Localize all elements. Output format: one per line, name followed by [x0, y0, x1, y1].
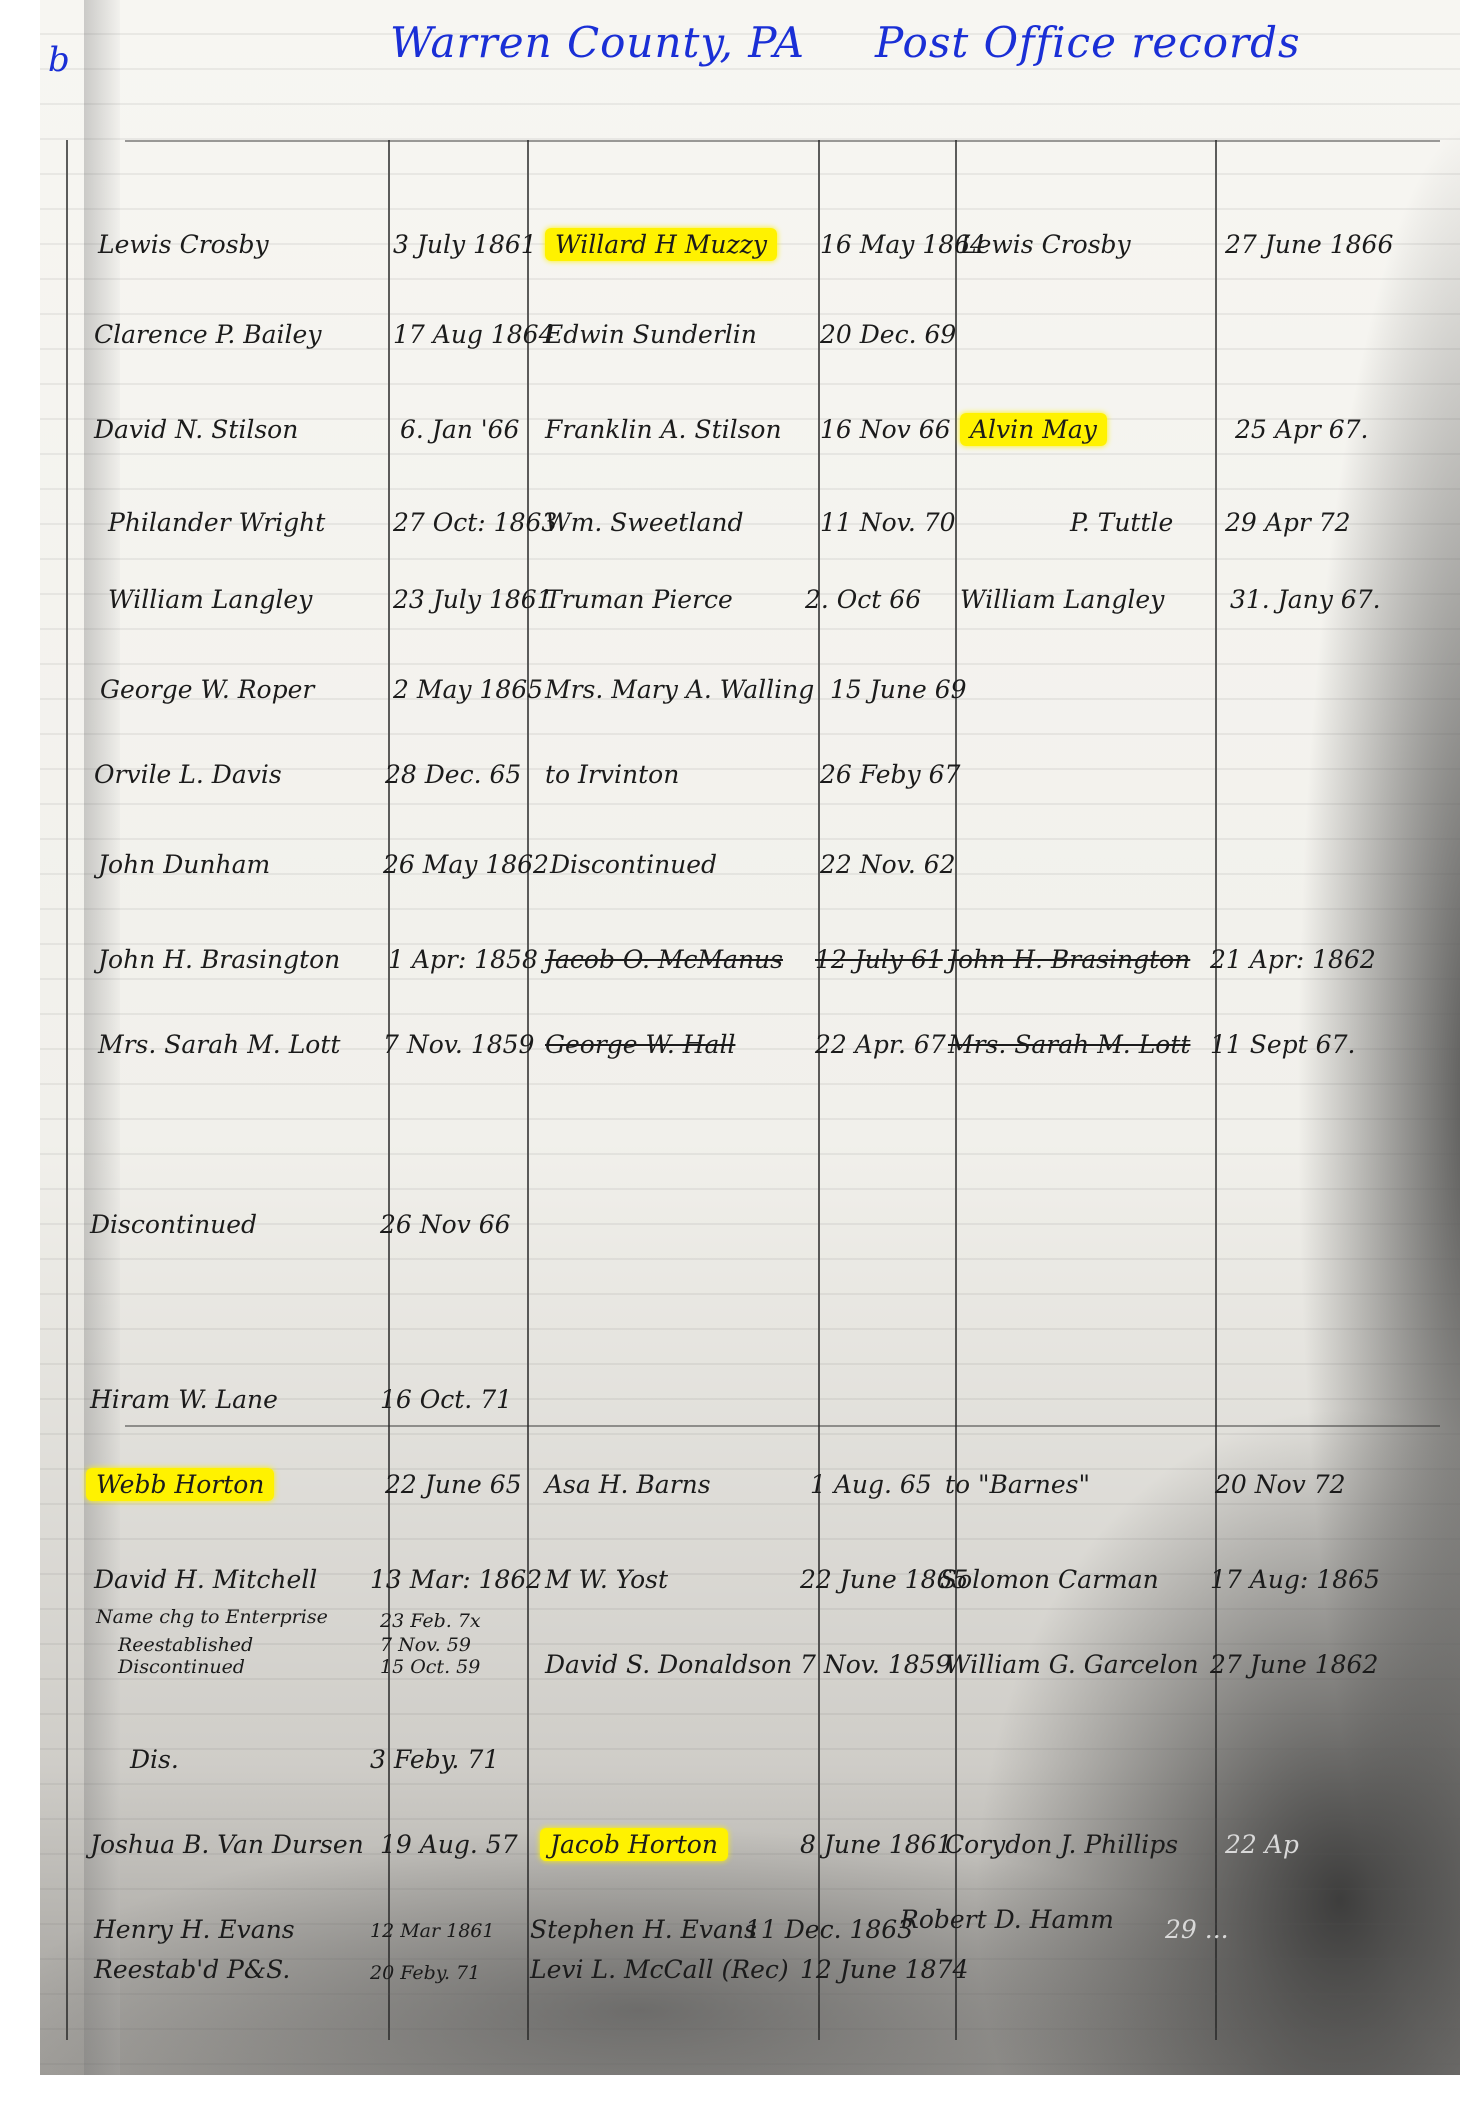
row-17-date: 3 Feby. 71 [370, 1745, 499, 1775]
page-title: Warren County, PAPost Office records [390, 18, 1301, 67]
row-2-date-3: 25 Apr 67. [1235, 415, 1368, 445]
row-4-date: 23 July 1861 [393, 585, 553, 615]
row-4-successor-2: William Langley [960, 585, 1164, 615]
row-3-postmaster: Philander Wright [108, 508, 325, 538]
title-county: Warren County, PA [390, 18, 805, 67]
row-20-date: 20 Feby. 71 [370, 1962, 480, 1984]
row-0-date: 3 July 1861 [393, 230, 537, 260]
row-5-date-2: 15 June 69 [830, 675, 967, 705]
row-3-successor-2: P. Tuttle [1070, 508, 1173, 538]
row-20-postmaster: Reestab'd P&S. [94, 1955, 290, 1985]
row-7-date: 26 May 1862 [383, 850, 549, 880]
row-16-date: 15 Oct. 59 [380, 1656, 480, 1678]
column-rule [1215, 140, 1217, 2040]
row-1-date: 17 Aug 1864 [393, 320, 555, 350]
row-7-successor: Discontinued [550, 850, 717, 880]
row-18-postmaster: Joshua B. Van Dursen [90, 1830, 364, 1860]
row-0-successor: Willard H Muzzy [545, 230, 777, 260]
row-16-note: Discontinued [118, 1656, 245, 1678]
row-5-successor: Mrs. Mary A. Walling [545, 675, 814, 705]
row-19-date-3: 29 ... [1165, 1915, 1229, 1945]
row-6-postmaster: Orvile L. Davis [94, 760, 282, 790]
row-18-successor-2: Corydon J. Phillips [945, 1830, 1178, 1860]
row-3-date: 27 Oct: 1863 [393, 508, 557, 538]
row-13-date: 13 Mar: 1862 [370, 1565, 542, 1595]
row-19-date: 12 Mar 1861 [370, 1920, 494, 1942]
row-3-date-2: 11 Nov. 70 [820, 508, 956, 538]
row-15-date: 7 Nov. 59 [380, 1634, 471, 1656]
row-16-successor: David S. Donaldson [545, 1650, 792, 1680]
row-13-postmaster: David H. Mitchell [94, 1565, 317, 1595]
row-16-date-3: 27 June 1862 [1210, 1650, 1378, 1680]
page-mark: b [48, 40, 70, 80]
row-8-successor: Jacob O. McManus [545, 945, 783, 975]
row-6-date: 28 Dec. 65 [385, 760, 521, 790]
row-12-successor: Asa H. Barns [545, 1470, 711, 1500]
row-18-date: 19 Aug. 57 [380, 1830, 518, 1860]
highlighted-name: Alvin May [960, 413, 1107, 446]
row-0-date-3: 27 June 1866 [1225, 230, 1393, 260]
row-17-postmaster: Dis. [130, 1745, 179, 1775]
row-16-successor-2: William G. Garcelon [945, 1650, 1199, 1680]
row-9-successor-2: Mrs. Sarah M. Lott [948, 1030, 1190, 1060]
title-records: Post Office records [875, 18, 1301, 67]
row-4-successor: Truman Pierce [545, 585, 733, 615]
row-12-date-2: 1 Aug. 65 [810, 1470, 932, 1500]
row-9-date: 7 Nov. 1859 [383, 1030, 534, 1060]
row-12-postmaster: Webb Horton [86, 1470, 274, 1500]
row-9-date-3: 11 Sept 67. [1210, 1030, 1355, 1060]
row-13-successor: M W. Yost [545, 1565, 668, 1595]
row-9-date-2: 22 Apr. 67 [815, 1030, 946, 1060]
row-9-successor: George W. Hall [545, 1030, 735, 1060]
row-18-date-2: 8 June 1861 [800, 1830, 952, 1860]
row-2-successor: Franklin A. Stilson [545, 415, 782, 445]
row-19-successor: Stephen H. Evans [530, 1915, 757, 1945]
column-rule [955, 140, 957, 2040]
row-1-postmaster: Clarence P. Bailey [94, 320, 321, 350]
row-13-date-3: 17 Aug: 1865 [1210, 1565, 1380, 1595]
row-3-date-3: 29 Apr 72 [1225, 508, 1351, 538]
row-18-date-3: 22 Ap [1225, 1830, 1299, 1860]
row-8-successor-2: John H. Brasington [948, 945, 1190, 975]
row-2-postmaster: David N. Stilson [94, 415, 298, 445]
row-4-date-3: 31. Jany 67. [1230, 585, 1381, 615]
row-15-note: Reestablished [118, 1634, 253, 1656]
highlighted-name: Webb Horton [86, 1468, 274, 1501]
row-4-postmaster: William Langley [108, 585, 312, 615]
row-8-date-3: 21 Apr: 1862 [1210, 945, 1376, 975]
row-6-successor: to Irvinton [545, 760, 679, 790]
highlighted-name: Willard H Muzzy [545, 228, 777, 261]
row-16-date-2: 7 Nov. 1859 [800, 1650, 951, 1680]
row-19-successor-2: Robert D. Hamm [900, 1905, 1114, 1935]
row-14-date: 23 Feb. 7x [380, 1610, 481, 1632]
row-rule [125, 1425, 1440, 1427]
row-10-postmaster: Discontinued [90, 1210, 257, 1240]
row-1-date-2: 20 Dec. 69 [820, 320, 956, 350]
row-0-postmaster: Lewis Crosby [98, 230, 269, 260]
row-2-date-2: 16 Nov 66 [820, 415, 951, 445]
row-12-successor-2: to "Barnes" [945, 1470, 1090, 1500]
row-11-postmaster: Hiram W. Lane [90, 1385, 278, 1415]
row-2-successor-2: Alvin May [960, 415, 1107, 445]
row-0-successor-2: Lewis Crosby [960, 230, 1131, 260]
row-7-date-2: 22 Nov. 62 [820, 850, 956, 880]
row-2-date: 6. Jan '66 [400, 415, 519, 445]
row-8-date: 1 Apr: 1858 [388, 945, 538, 975]
row-18-successor: Jacob Horton [540, 1830, 728, 1860]
row-8-postmaster: John H. Brasington [98, 945, 340, 975]
row-rule [125, 140, 1440, 142]
column-rule [66, 140, 68, 2040]
row-6-date-2: 26 Feby 67 [820, 760, 960, 790]
row-4-date-2: 2. Oct 66 [805, 585, 921, 615]
row-13-successor-2: Solomon Carman [940, 1565, 1159, 1595]
row-14-note: Name chg to Enterprise [96, 1606, 328, 1628]
row-9-postmaster: Mrs. Sarah M. Lott [98, 1030, 340, 1060]
column-rule [527, 140, 529, 2040]
row-7-postmaster: John Dunham [98, 850, 270, 880]
row-12-date: 22 June 65 [385, 1470, 522, 1500]
highlighted-name: Jacob Horton [540, 1828, 728, 1861]
row-11-date: 16 Oct. 71 [380, 1385, 512, 1415]
row-8-date-2: 12 July 61 [815, 945, 943, 975]
row-20-successor: Levi L. McCall (Rec) [530, 1955, 789, 1985]
row-10-date: 26 Nov 66 [380, 1210, 511, 1240]
row-20-date-2: 12 June 1874 [800, 1955, 968, 1985]
row-5-postmaster: George W. Roper [100, 675, 314, 705]
row-3-successor: Wm. Sweetland [545, 508, 743, 538]
row-1-successor: Edwin Sunderlin [545, 320, 757, 350]
row-19-date-2: 11 Dec. 1863 [745, 1915, 913, 1945]
row-19-postmaster: Henry H. Evans [94, 1915, 295, 1945]
row-12-date-3: 20 Nov 72 [1215, 1470, 1346, 1500]
row-5-date: 2 May 1865 [393, 675, 543, 705]
